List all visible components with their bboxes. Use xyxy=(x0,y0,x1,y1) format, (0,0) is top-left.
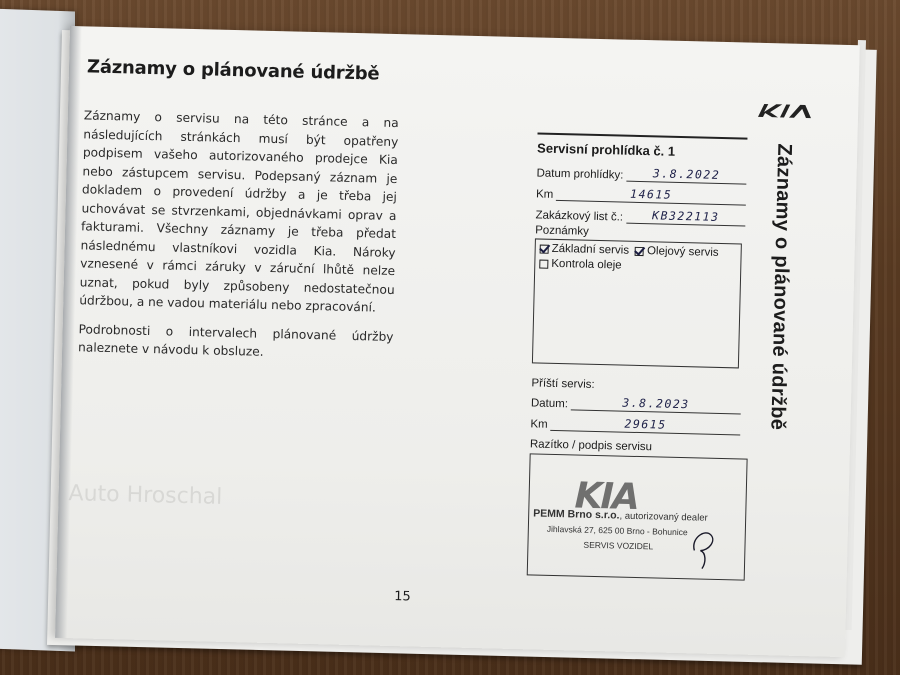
form-divider xyxy=(537,132,747,139)
inspection-date-row: Datum prohlídky: 3.8.2022 xyxy=(536,161,746,184)
order-sheet-field[interactable]: KB322113 xyxy=(626,208,746,227)
next-date-label: Datum: xyxy=(531,397,571,410)
page-title: Záznamy o plánované údržbě xyxy=(87,56,380,84)
basic-service-label: Základní servis xyxy=(552,243,630,257)
next-date-field[interactable]: 3.8.2023 xyxy=(571,394,741,414)
next-km-label: Km xyxy=(530,418,551,430)
oil-service-checkbox[interactable] xyxy=(635,246,644,255)
side-title: Záznamy o plánované údržbě xyxy=(765,143,795,430)
check-row-1: Základní servis Olejový servis xyxy=(540,243,737,260)
intro-paragraph: Záznamy o servisu na této stránce a na n… xyxy=(79,106,399,317)
stamp-company-name: PEMM Brno s.r.o. xyxy=(533,507,620,521)
signature-icon xyxy=(688,520,719,571)
next-km-field[interactable]: 29615 xyxy=(551,415,741,436)
basic-service-checkbox[interactable] xyxy=(540,244,549,253)
km-row: Km 14615 xyxy=(536,182,746,205)
next-date-row: Datum: 3.8.2023 xyxy=(531,391,741,414)
stamp-department: SERVIS VOZIDEL xyxy=(583,540,653,552)
stamp-company: PEMM Brno s.r.o., autorizovaný dealer xyxy=(533,507,708,523)
stamp-label: Razítko / podpis servisu xyxy=(530,438,740,455)
next-km-row: Km 29615 xyxy=(530,412,740,435)
stamp-address: Jihlavská 27, 625 00 Brno - Bohunice xyxy=(547,524,688,537)
kia-logo-icon xyxy=(756,101,816,120)
page-number: 15 xyxy=(394,589,411,604)
km-field[interactable]: 14615 xyxy=(556,185,746,206)
stamp-box: KIA PEMM Brno s.r.o., autorizovaný deale… xyxy=(527,453,748,580)
next-service-section: Příští servis: Datum: 3.8.2023 Km 29615 xyxy=(530,377,741,435)
order-sheet-label: Zakázkový list č.: xyxy=(535,209,626,223)
booklet-page: Záznamy o plánované údržbě Záznamy o ser… xyxy=(55,26,860,657)
oil-check-checkbox[interactable] xyxy=(539,259,548,268)
inspection-date-label: Datum prohlídky: xyxy=(536,167,626,181)
details-paragraph: Podrobnosti o intervalech plánované údrž… xyxy=(78,320,394,365)
check-row-2: Kontrola oleje xyxy=(539,258,736,275)
body-text: Záznamy o servisu na této stránce a na n… xyxy=(78,106,399,374)
service-record-form: Servisní prohlídka č. 1 Datum prohlídky:… xyxy=(527,132,748,580)
order-sheet-row: Zakázkový list č.: KB322113 xyxy=(535,203,745,226)
km-label: Km xyxy=(536,188,557,200)
notes-box: Základní servis Olejový servis Kontrola … xyxy=(532,238,742,368)
form-heading: Servisní prohlídka č. 1 xyxy=(537,140,747,160)
inspection-date-field[interactable]: 3.8.2022 xyxy=(626,166,746,185)
oil-check-label: Kontrola oleje xyxy=(551,258,622,272)
oil-service-label: Olejový servis xyxy=(647,245,719,259)
bleed-through-text: Auto Hroschal xyxy=(68,481,222,510)
